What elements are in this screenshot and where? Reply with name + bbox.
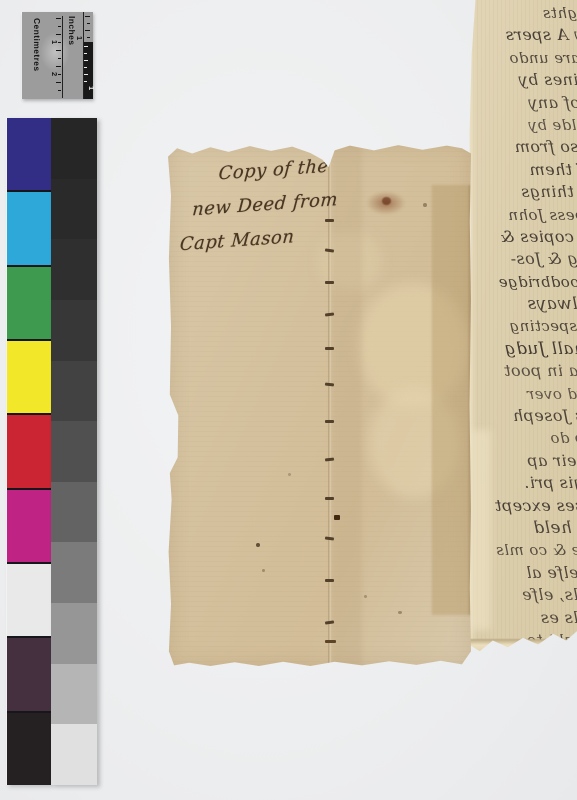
inch-tick-white: [84, 67, 87, 68]
verso-line: uses except: [469, 495, 577, 517]
speck: [256, 543, 260, 547]
inch-tick-white: [84, 74, 88, 75]
cm-number-2: 2: [50, 72, 59, 76]
verso-line: shall Judg: [469, 338, 577, 360]
verso-line: clare undo: [469, 47, 577, 69]
color-patch-blue: [7, 118, 51, 190]
verso-line: & copies &: [469, 226, 577, 248]
verso-line: Rights: [469, 2, 577, 24]
inch-tick-white: [84, 60, 88, 61]
manuscript-photo: { "scene": { "background_hex": "#eeeff0"…: [0, 0, 577, 800]
stitch-mark: [325, 281, 334, 284]
verso-line: Woodbridge: [469, 271, 577, 293]
stitch-mark: [325, 420, 334, 423]
gray-step: [51, 300, 97, 361]
verso-line: le held: [469, 517, 577, 539]
verso-line: ogis pri.: [469, 472, 577, 494]
inch-tick-white: [84, 46, 88, 47]
verso-line: ord over: [469, 383, 577, 405]
gray-step: [51, 118, 97, 179]
verso-line: of them: [469, 159, 577, 181]
color-patch-green: [7, 267, 51, 339]
color-patch-yellow: [7, 341, 51, 413]
grayscale-step-wedge: [51, 118, 97, 785]
centimetres-label: Centimetres: [32, 18, 42, 72]
cm-tick: [58, 26, 61, 27]
repair-strip-texture: [432, 185, 469, 615]
gray-step: [51, 482, 97, 543]
speck: [262, 569, 265, 572]
gray-step: [51, 724, 97, 785]
inch-number: 1: [75, 36, 84, 40]
cm-tick: [56, 66, 61, 67]
cm-scale-line: [62, 16, 63, 98]
gray-step: [51, 542, 97, 603]
verso-line: ing & Jos-: [469, 248, 577, 270]
stitch-mark: [325, 347, 334, 350]
inch-scale-black-segment: 1: [84, 42, 93, 99]
manuscript-leaf: Copy of the new Deed from Capt Mason: [168, 143, 471, 667]
verso-line: ma in poot: [469, 360, 577, 382]
docket-note: Copy of the new Deed from Capt Mason: [179, 146, 386, 263]
color-patch-black: [7, 713, 51, 785]
color-patch-white: [7, 564, 51, 636]
gray-step: [51, 179, 97, 240]
gray-step: [51, 239, 97, 300]
speck: [423, 203, 427, 207]
cm-tick: [56, 34, 61, 35]
cm-tick: [58, 58, 61, 59]
stitch-mark: [325, 640, 336, 643]
color-patch-magenta: [7, 490, 51, 562]
verso-line: also from: [469, 136, 577, 158]
speck: [364, 595, 367, 598]
verso-line: ap do: [469, 427, 577, 449]
color-patch-red: [7, 415, 51, 487]
inch-tick: [85, 30, 90, 31]
ink-stain-dot: [382, 197, 391, 205]
cm-number-1: 1: [50, 40, 59, 44]
speck: [288, 473, 291, 476]
gray-step: [51, 664, 97, 725]
verso-line: mines by: [469, 69, 577, 91]
verso-line: gs Joseph: [469, 405, 577, 427]
verso-line: & things: [469, 181, 577, 203]
verso-line: doess John: [469, 204, 577, 226]
verso-text-block: Rights by A spers clare undo mines by s …: [469, 2, 577, 650]
cm-tick: [56, 82, 61, 83]
verso-line: by A spers: [469, 24, 577, 46]
verso-line: mls, elfe: [469, 584, 577, 606]
verso-line: respecting: [469, 315, 577, 337]
verso-line: allways: [469, 293, 577, 315]
verso-leaf: Rights by A spers clare undo mines by s …: [469, 0, 577, 670]
gray-step: [51, 421, 97, 482]
stitch-mark: [325, 497, 334, 500]
verso-line: He & co mls: [469, 539, 577, 561]
card-sheen: [40, 32, 70, 72]
verso-line: their ap: [469, 450, 577, 472]
speck: [398, 611, 402, 614]
stitch-mark: [325, 579, 334, 582]
cm-tick: [56, 50, 61, 51]
inch-number-white: 1: [87, 86, 96, 90]
color-patch-cyan: [7, 192, 51, 264]
gray-step: [51, 603, 97, 664]
page-bottom-curl: [469, 639, 577, 652]
gray-step: [51, 361, 97, 422]
scale-card: Inches Centimetres 1 2 1 1: [22, 12, 93, 99]
repair-strip: [432, 185, 471, 615]
inch-tick: [87, 23, 90, 24]
inches-label: Inches: [67, 16, 77, 45]
cm-tick: [58, 90, 61, 91]
cm-tick: [56, 18, 61, 19]
inch-tick: [85, 16, 90, 17]
verso-line: mls es: [469, 607, 577, 629]
verso-line: a elfe al: [469, 562, 577, 584]
color-patch-violet: [7, 638, 51, 710]
inch-tick-white: [84, 53, 87, 54]
verso-line: solde by: [469, 114, 577, 136]
color-separation-bar: [7, 118, 51, 785]
inch-tick-white: [84, 81, 87, 82]
inch-tick: [87, 37, 90, 38]
verso-line: s of any: [469, 92, 577, 114]
stitch-mark: [334, 515, 340, 520]
